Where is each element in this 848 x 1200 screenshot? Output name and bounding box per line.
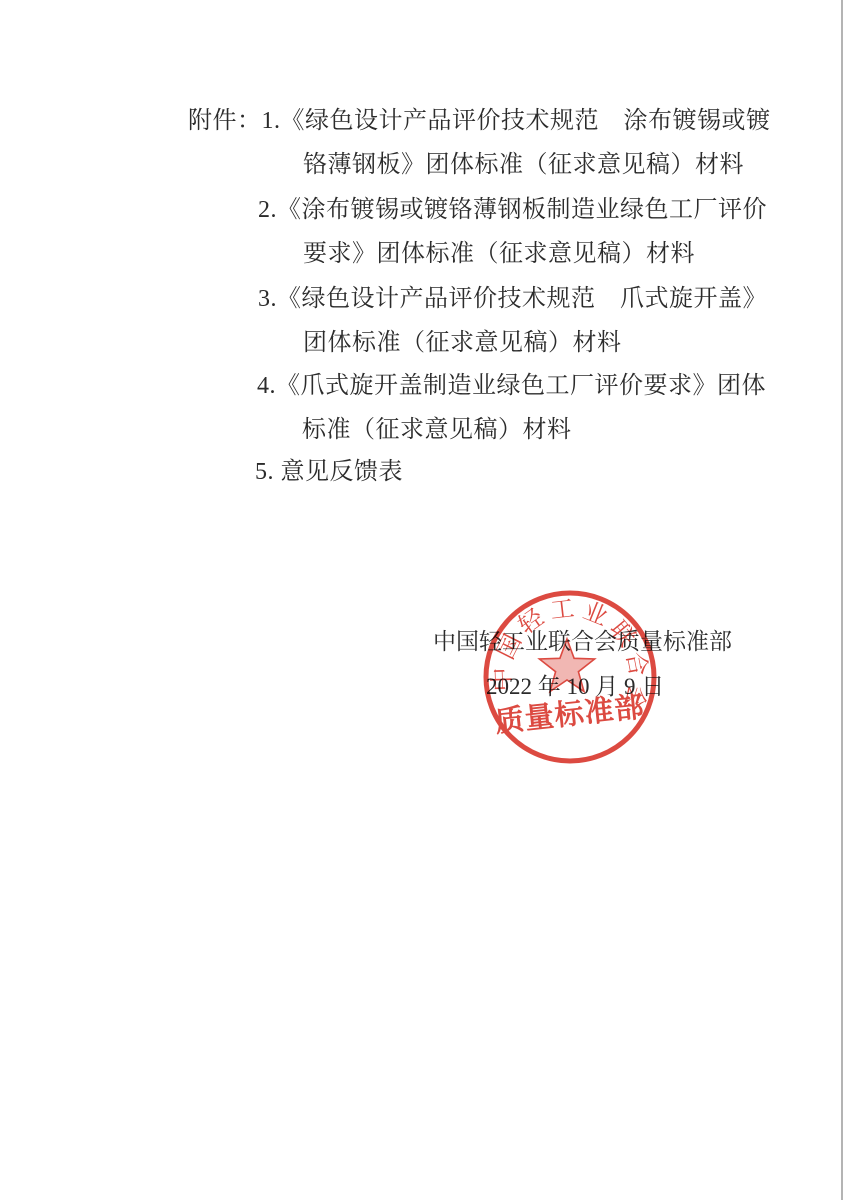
stamp-department-text: 质量标准部 [493,689,646,738]
stamp-ring-char: 工 [549,596,576,625]
attachment-line: 5. 意见反馈表 [255,457,403,487]
document-page: 附件：1.《绿色设计产品评价技术规范 涂布镀锡或镀 铬薄钢板》团体标准（征求意见… [0,0,848,1200]
official-seal-stamp: 中 国 轻 工 业 联 合 会 质量标准部 [465,572,675,782]
attachment-line: 2.《涂布镀锡或镀铬薄钢板制造业绿色工厂评价 [258,195,767,225]
attachment-line: 团体标准（征求意见稿）材料 [303,328,622,358]
attachment-line: 要求》团体标准（征求意见稿）材料 [303,239,695,269]
attachment-line: 标准（征求意见稿）材料 [302,415,572,445]
stamp-star-icon [539,639,594,692]
stamp-ring-char: 合 [621,650,652,679]
attachment-line: 附件：1.《绿色设计产品评价技术规范 涂布镀锡或镀 [188,106,771,136]
stamp-ring-char: 中 [489,667,517,692]
scan-artifact-line [841,0,843,1200]
attachment-line: 铬薄钢板》团体标准（征求意见稿）材料 [303,150,744,180]
attachment-line: 4.《爪式旋开盖制造业绿色工厂评价要求》团体 [257,371,766,401]
attachment-line: 3.《绿色设计产品评价技术规范 爪式旋开盖》 [258,284,767,314]
